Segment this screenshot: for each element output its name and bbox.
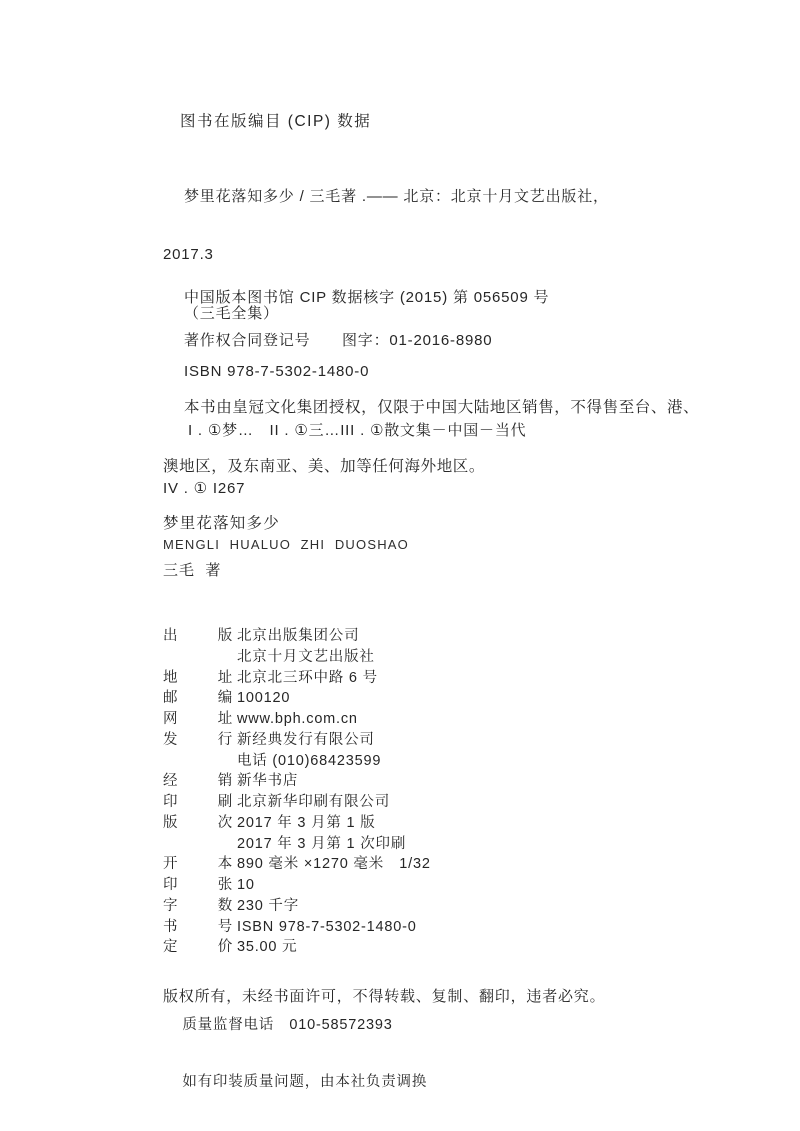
authorization-line2: 澳地区，及东南亚、美、加等任何海外地区。 [163,456,693,479]
colophon-row: 2017 年 3 月第 1 次印刷 [163,834,583,855]
book-title-pinyin: MENGLI HUALUO ZHI DUOSHAO [163,537,409,552]
quality-note-line: 如有印装质量问题，由本社负责调换 [163,1051,583,1072]
colophon-row-value: 10 [237,877,255,893]
colophon-block: 出版北京出版集团公司北京十月文艺出版社地址北京北三环中路 6 号邮编100120… [163,590,583,1090]
copyright-registration-line: 著作权合同登记号 图字：01-2016-8980 [184,329,492,350]
colophon-row: 网址www.bph.com.cn [163,709,583,730]
cip-entry-line1: 梦里花落知多少 / 三毛著 .—— 北京：北京十月文艺出版社， [163,186,683,208]
colophon-row-value: 北京出版集团公司 [237,628,359,644]
colophon-row: 印张10 [163,875,583,896]
colophon-row-label: 地址 [163,668,233,689]
colophon-row-label: 印刷 [163,792,233,813]
colophon-row-label: 版次 [163,813,233,834]
colophon-row-value: 北京十月文艺出版社 [237,649,375,665]
book-copyright-page: { "colors": { "background": "#ffffff", "… [0,0,800,1131]
cip-record-number: 中国版本图书馆 CIP 数据核字 (2015) 第 056509 号 [184,286,549,307]
colophon-row: 定价35.00 元 [163,937,583,958]
authorization-line1: 本书由皇冠文化集团授权，仅限于中国大陆地区销售，不得售至台、港、 [163,397,693,420]
colophon-row-label: 印张 [163,875,233,896]
colophon-row-value: 2017 年 3 月第 1 次印刷 [237,836,406,852]
colophon-row-value: 北京北三环中路 6 号 [237,670,378,686]
colophon-row: 邮编100120 [163,688,583,709]
colophon-row-label: 经销 [163,771,233,792]
colophon-row: 出版北京出版集团公司 [163,626,583,647]
colophon-row-label: 出版 [163,626,233,647]
book-author: 三毛 著 [163,559,221,580]
colophon-row: 开本890 毫米 ×1270 毫米 1/32 [163,854,583,875]
cip-header: 图书在版编目 (CIP) 数据 [180,109,371,131]
colophon-row-label: 发行 [163,730,233,751]
colophon-row: 地址北京北三环中路 6 号 [163,668,583,689]
colophon-row-value: 2017 年 3 月第 1 版 [237,815,376,831]
colophon-row-value: 新华书店 [237,773,298,789]
colophon-row-value: www.bph.com.cn [237,711,358,727]
colophon-row-label: 书号 [163,917,233,938]
colophon-row: 字数230 千字 [163,896,583,917]
colophon-row-value: 35.00 元 [237,939,297,955]
quality-note-text: 如有印装质量问题，由本社负责调换 [182,1074,427,1090]
colophon-row-value: 100120 [237,690,290,706]
colophon-row-label: 邮编 [163,688,233,709]
colophon-row-label: 开本 [163,854,233,875]
copyright-notice: 版权所有，未经书面许可，不得转载、复制、翻印，违者必究。 [163,985,605,1006]
colophon-row: 发行新经典发行有限公司 [163,730,583,751]
colophon-row-value: 北京新华印刷有限公司 [237,794,390,810]
colophon-row: 北京十月文艺出版社 [163,647,583,668]
colophon-row-value: 电话 (010)68423599 [237,753,381,769]
colophon-row-label: 定价 [163,937,233,958]
book-title: 梦里花落知多少 [163,511,280,533]
colophon-row-label: 网址 [163,709,233,730]
colophon-row: 版次2017 年 3 月第 1 版 [163,813,583,834]
colophon-row: 书号ISBN 978-7-5302-1480-0 [163,917,583,938]
cip-entry-line2: 2017.3 [163,244,683,266]
colophon-row-value: 890 毫米 ×1270 毫米 1/32 [237,856,431,872]
colophon-row: 印刷北京新华印刷有限公司 [163,792,583,813]
colophon-row-label: 字数 [163,896,233,917]
quality-phone-text: 质量监督电话 010-58572393 [182,1017,392,1033]
colophon-row: 电话 (010)68423599 [163,751,583,772]
colophon-row-value: 230 千字 [237,898,299,914]
authorization-paragraph: 本书由皇冠文化集团授权，仅限于中国大陆地区销售，不得售至台、港、 澳地区，及东南… [163,361,693,496]
colophon-row-value: 新经典发行有限公司 [237,732,375,748]
colophon-row-value: ISBN 978-7-5302-1480-0 [237,919,417,935]
colophon-row: 经销新华书店 [163,771,583,792]
colophon-rows: 出版北京出版集团公司北京十月文艺出版社地址北京北三环中路 6 号邮编100120… [163,626,583,958]
